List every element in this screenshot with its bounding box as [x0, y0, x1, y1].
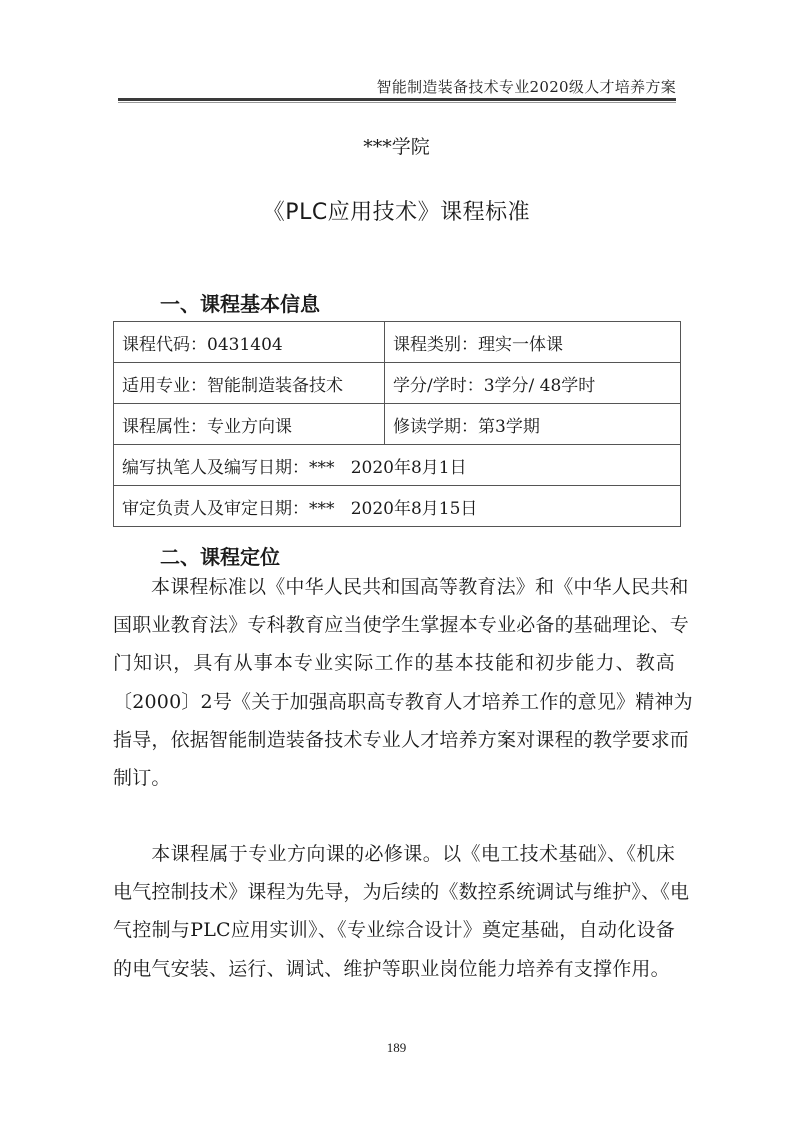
table-row: 课程属性：专业方向课 修读学期：第3学期	[114, 404, 681, 445]
text-line: 气控制与PLC应用实训》、《专业综合设计》奠定基础，自动化设备	[113, 911, 675, 949]
text-line: 制订。	[113, 759, 675, 797]
document-title: 《PLC应用技术》课程标准	[0, 195, 793, 226]
page-number: 189	[0, 1040, 793, 1056]
text-line: 指导，依据智能制造装备技术专业人才培养方案对课程的教学要求而	[113, 721, 675, 759]
table-cell-reviewer-date: 审定负责人及审定日期：*** 2020年8月15日	[114, 486, 681, 527]
header-rule-thin	[118, 102, 676, 103]
table-cell-author-date: 编写执笔人及编写日期：*** 2020年8月1日	[114, 445, 681, 486]
header-rule-thick	[118, 98, 676, 101]
section-heading-basic-info: 一、课程基本信息	[160, 288, 320, 317]
table-row: 适用专业：智能制造装备技术 学分/学时：3学分/ 48学时	[114, 363, 681, 404]
table-row: 课程代码：0431404 课程类别：理实一体课	[114, 322, 681, 363]
course-info-table: 课程代码：0431404 课程类别：理实一体课 适用专业：智能制造装备技术 学分…	[113, 321, 681, 527]
table-row: 审定负责人及审定日期：*** 2020年8月15日	[114, 486, 681, 527]
text-line: 本课程标准以《中华人民共和国高等教育法》和《中华人民共和	[113, 568, 675, 606]
text-line: 电气控制技术》课程为先导，为后续的《数控系统调试与维护》、《电	[113, 873, 675, 911]
table-cell-course-attribute: 课程属性：专业方向课	[114, 404, 385, 445]
text-line: 门知识，具有从事本专业实际工作的基本技能和初步能力、教高	[113, 644, 675, 682]
paragraph-course-basis: 本课程标准以《中华人民共和国高等教育法》和《中华人民共和 国职业教育法》专科教育…	[113, 568, 675, 797]
paragraph-course-relations: 本课程属于专业方向课的必修课。以《电工技术基础》、《机床 电气控制技术》课程为先…	[113, 835, 675, 988]
table-cell-major: 适用专业：智能制造装备技术	[114, 363, 385, 404]
table-cell-credits-hours: 学分/学时：3学分/ 48学时	[385, 363, 681, 404]
school-name: ***学院	[0, 132, 793, 159]
text-line: 的电气安装、运行、调试、维护等职业岗位能力培养有支撑作用。	[113, 950, 675, 988]
text-line: 国职业教育法》专科教育应当使学生掌握本专业必备的基础理论、专	[113, 606, 675, 644]
section-heading-course-positioning: 二、课程定位	[160, 541, 280, 570]
text-line: 〔2000〕2号《关于加强高职高专教育人才培养工作的意见》精神为	[113, 683, 675, 721]
running-header: 智能制造装备技术专业2020级人才培养方案	[118, 76, 676, 97]
table-row: 编写执笔人及编写日期：*** 2020年8月1日	[114, 445, 681, 486]
table-cell-semester: 修读学期：第3学期	[385, 404, 681, 445]
table-cell-course-code: 课程代码：0431404	[114, 322, 385, 363]
table-cell-course-type: 课程类别：理实一体课	[385, 322, 681, 363]
text-line: 本课程属于专业方向课的必修课。以《电工技术基础》、《机床	[113, 835, 675, 873]
